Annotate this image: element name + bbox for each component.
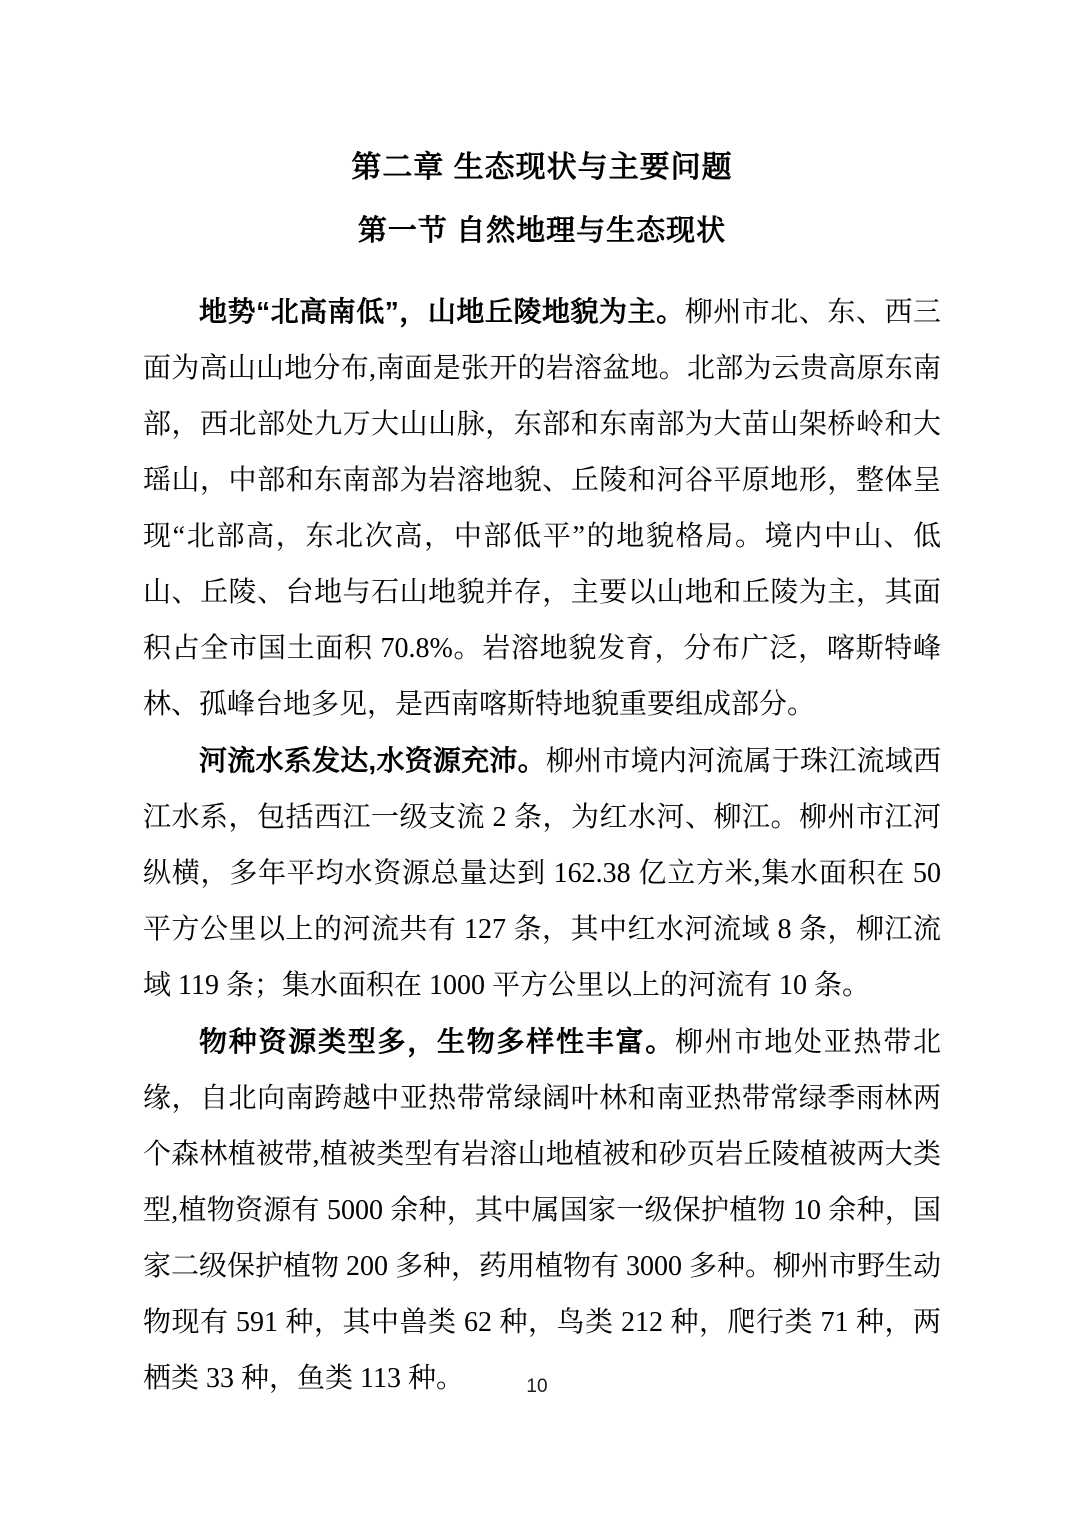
paragraph-species: 物种资源类型多，生物多样性丰富。柳州市地处亚热带北缘，自北向南跨越中亚热带常绿阔… bbox=[143, 1014, 941, 1407]
chapter-title: 第二章 生态现状与主要问题 bbox=[143, 152, 941, 184]
paragraph-body: 柳州市境内河流属于珠江流域西江水系，包括西江一级支流 2 条，为红水河、柳江。柳… bbox=[143, 746, 941, 1001]
paragraph-lead: 物种资源类型多，生物多样性丰富。 bbox=[199, 1026, 675, 1057]
paragraph-lead: 地势“北高南低”，山地丘陵地貌为主。 bbox=[199, 296, 685, 327]
paragraph-rivers: 河流水系发达,水资源充沛。柳州市境内河流属于珠江流域西江水系，包括西江一级支流 … bbox=[143, 733, 941, 1014]
paragraph-terrain: 地势“北高南低”，山地丘陵地貌为主。柳州市北、东、西三面为高山山地分布,南面是张… bbox=[143, 284, 941, 733]
page-number: 10 bbox=[0, 1376, 1074, 1398]
paragraph-body: 柳州市北、东、西三面为高山山地分布,南面是张开的岩溶盆地。北部为云贵高原东南部，… bbox=[143, 297, 941, 720]
document-page: 第二章 生态现状与主要问题 第一节 自然地理与生态现状 地势“北高南低”，山地丘… bbox=[0, 0, 1074, 1520]
section-title: 第一节 自然地理与生态现状 bbox=[143, 214, 941, 248]
paragraph-body: 柳州市地处亚热带北缘，自北向南跨越中亚热带常绿阔叶林和南亚热带常绿季雨林两个森林… bbox=[143, 1027, 941, 1394]
paragraph-lead: 河流水系发达,水资源充沛。 bbox=[199, 745, 546, 776]
document-content: 第二章 生态现状与主要问题 第一节 自然地理与生态现状 地势“北高南低”，山地丘… bbox=[143, 0, 941, 1407]
